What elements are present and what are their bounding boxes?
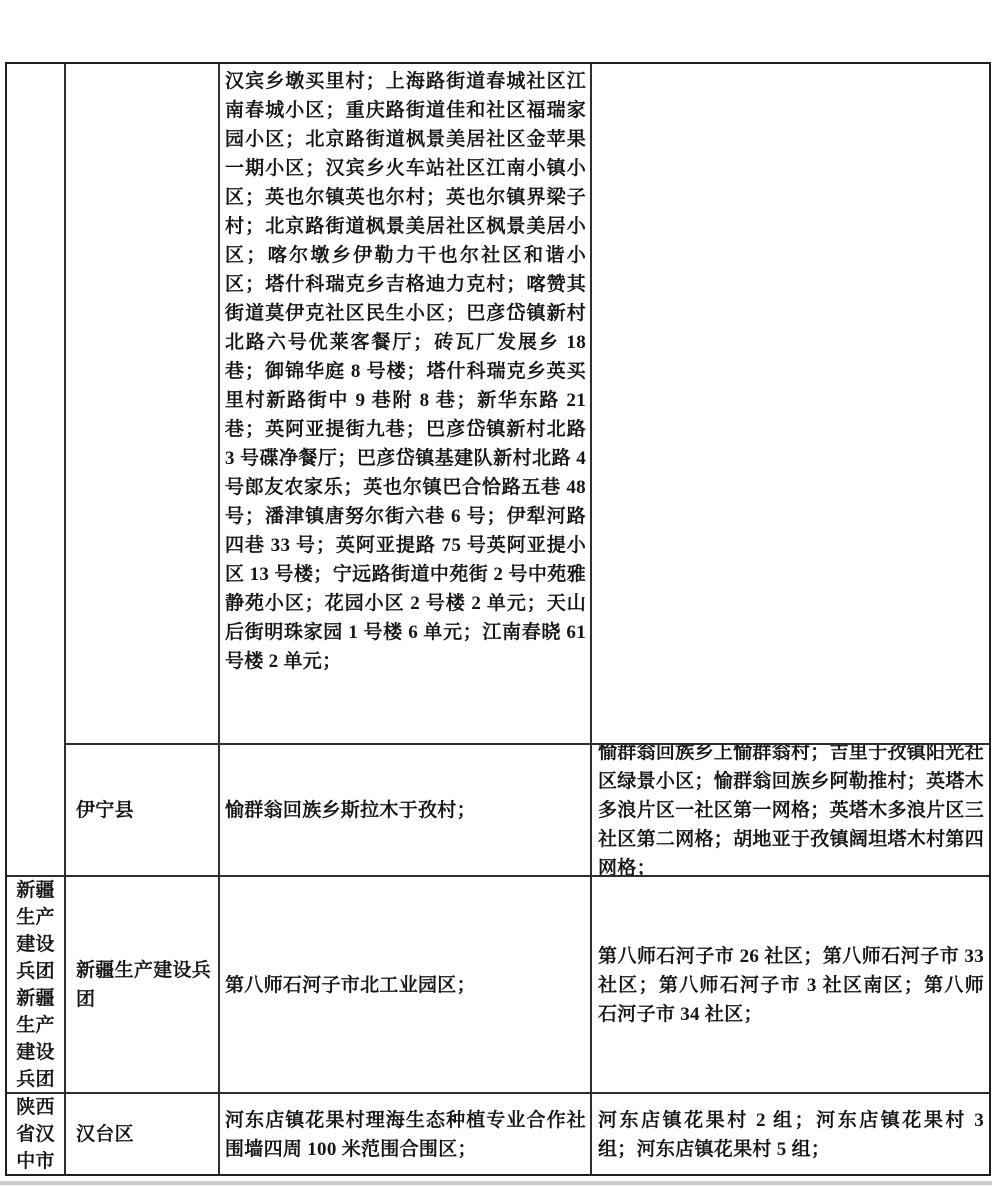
area-list-text: 第八师石河子市北工业园区； (225, 971, 586, 1000)
cell-area-list-2: 河东店镇花果村 2 组；河东店镇花果村 3 组；河东店镇花果村 5 组； (592, 1094, 989, 1174)
area-list-text: 河东店镇花果村理海生态种植专业合作社围墙四周 100 米范围合围区； (225, 1106, 586, 1164)
district-text: 汉台区 (76, 1120, 214, 1149)
cell-region: 新疆生产建设兵团新疆生产建设兵团 (7, 877, 66, 1094)
page-bottom-divider (0, 1181, 992, 1185)
district-text: 新疆生产建设兵团 (76, 956, 214, 1014)
area-list-text: 愉群翁回族乡上愉群翁村；吉里于孜镇阳光社区绿景小区；愉群翁回族乡阿勒推村；英塔木… (598, 745, 984, 877)
area-list-text: 河东店镇花果村 2 组；河东店镇花果村 3 组；河东店镇花果村 5 组； (598, 1106, 984, 1164)
cell-region: 陕西省汉中市 (7, 1094, 66, 1174)
cell-area-list-1: 河东店镇花果村理海生态种植专业合作社围墙四周 100 米范围合围区； (220, 1094, 592, 1174)
risk-area-table: 汉宾乡墩买里村；上海路街道春城社区江南春城小区；重庆路街道佳和社区福瑞家园小区；… (5, 62, 991, 1176)
cell-district: 汉台区 (66, 1094, 220, 1174)
cell-area-list-1: 愉群翁回族乡斯拉木于孜村； (220, 745, 592, 877)
cell-area-list-1: 汉宾乡墩买里村；上海路街道春城社区江南春城小区；重庆路街道佳和社区福瑞家园小区；… (220, 64, 592, 745)
district-text: 伊宁县 (76, 796, 214, 825)
cell-area-list-2 (592, 64, 989, 745)
cell-area-list-2: 第八师石河子市 26 社区；第八师石河子市 33 社区；第八师石河子市 3 社区… (592, 877, 989, 1094)
area-list-text: 愉群翁回族乡斯拉木于孜村； (225, 796, 586, 825)
cell-district: 新疆生产建设兵团 (66, 877, 220, 1094)
region-text: 新疆生产建设兵团新疆生产建设兵团 (15, 877, 56, 1093)
area-list-text: 第八师石河子市 26 社区；第八师石河子市 33 社区；第八师石河子市 3 社区… (598, 942, 984, 1029)
cell-area-list-1: 第八师石河子市北工业园区； (220, 877, 592, 1094)
cell-district: 伊宁县 (66, 745, 220, 877)
region-text: 陕西省汉中市 (15, 1094, 56, 1174)
cell-region (7, 64, 66, 877)
cell-area-list-2: 愉群翁回族乡上愉群翁村；吉里于孜镇阳光社区绿景小区；愉群翁回族乡阿勒推村；英塔木… (592, 745, 989, 877)
cell-district (66, 64, 220, 745)
area-list-text: 汉宾乡墩买里村；上海路街道春城社区江南春城小区；重庆路街道佳和社区福瑞家园小区；… (225, 67, 586, 676)
